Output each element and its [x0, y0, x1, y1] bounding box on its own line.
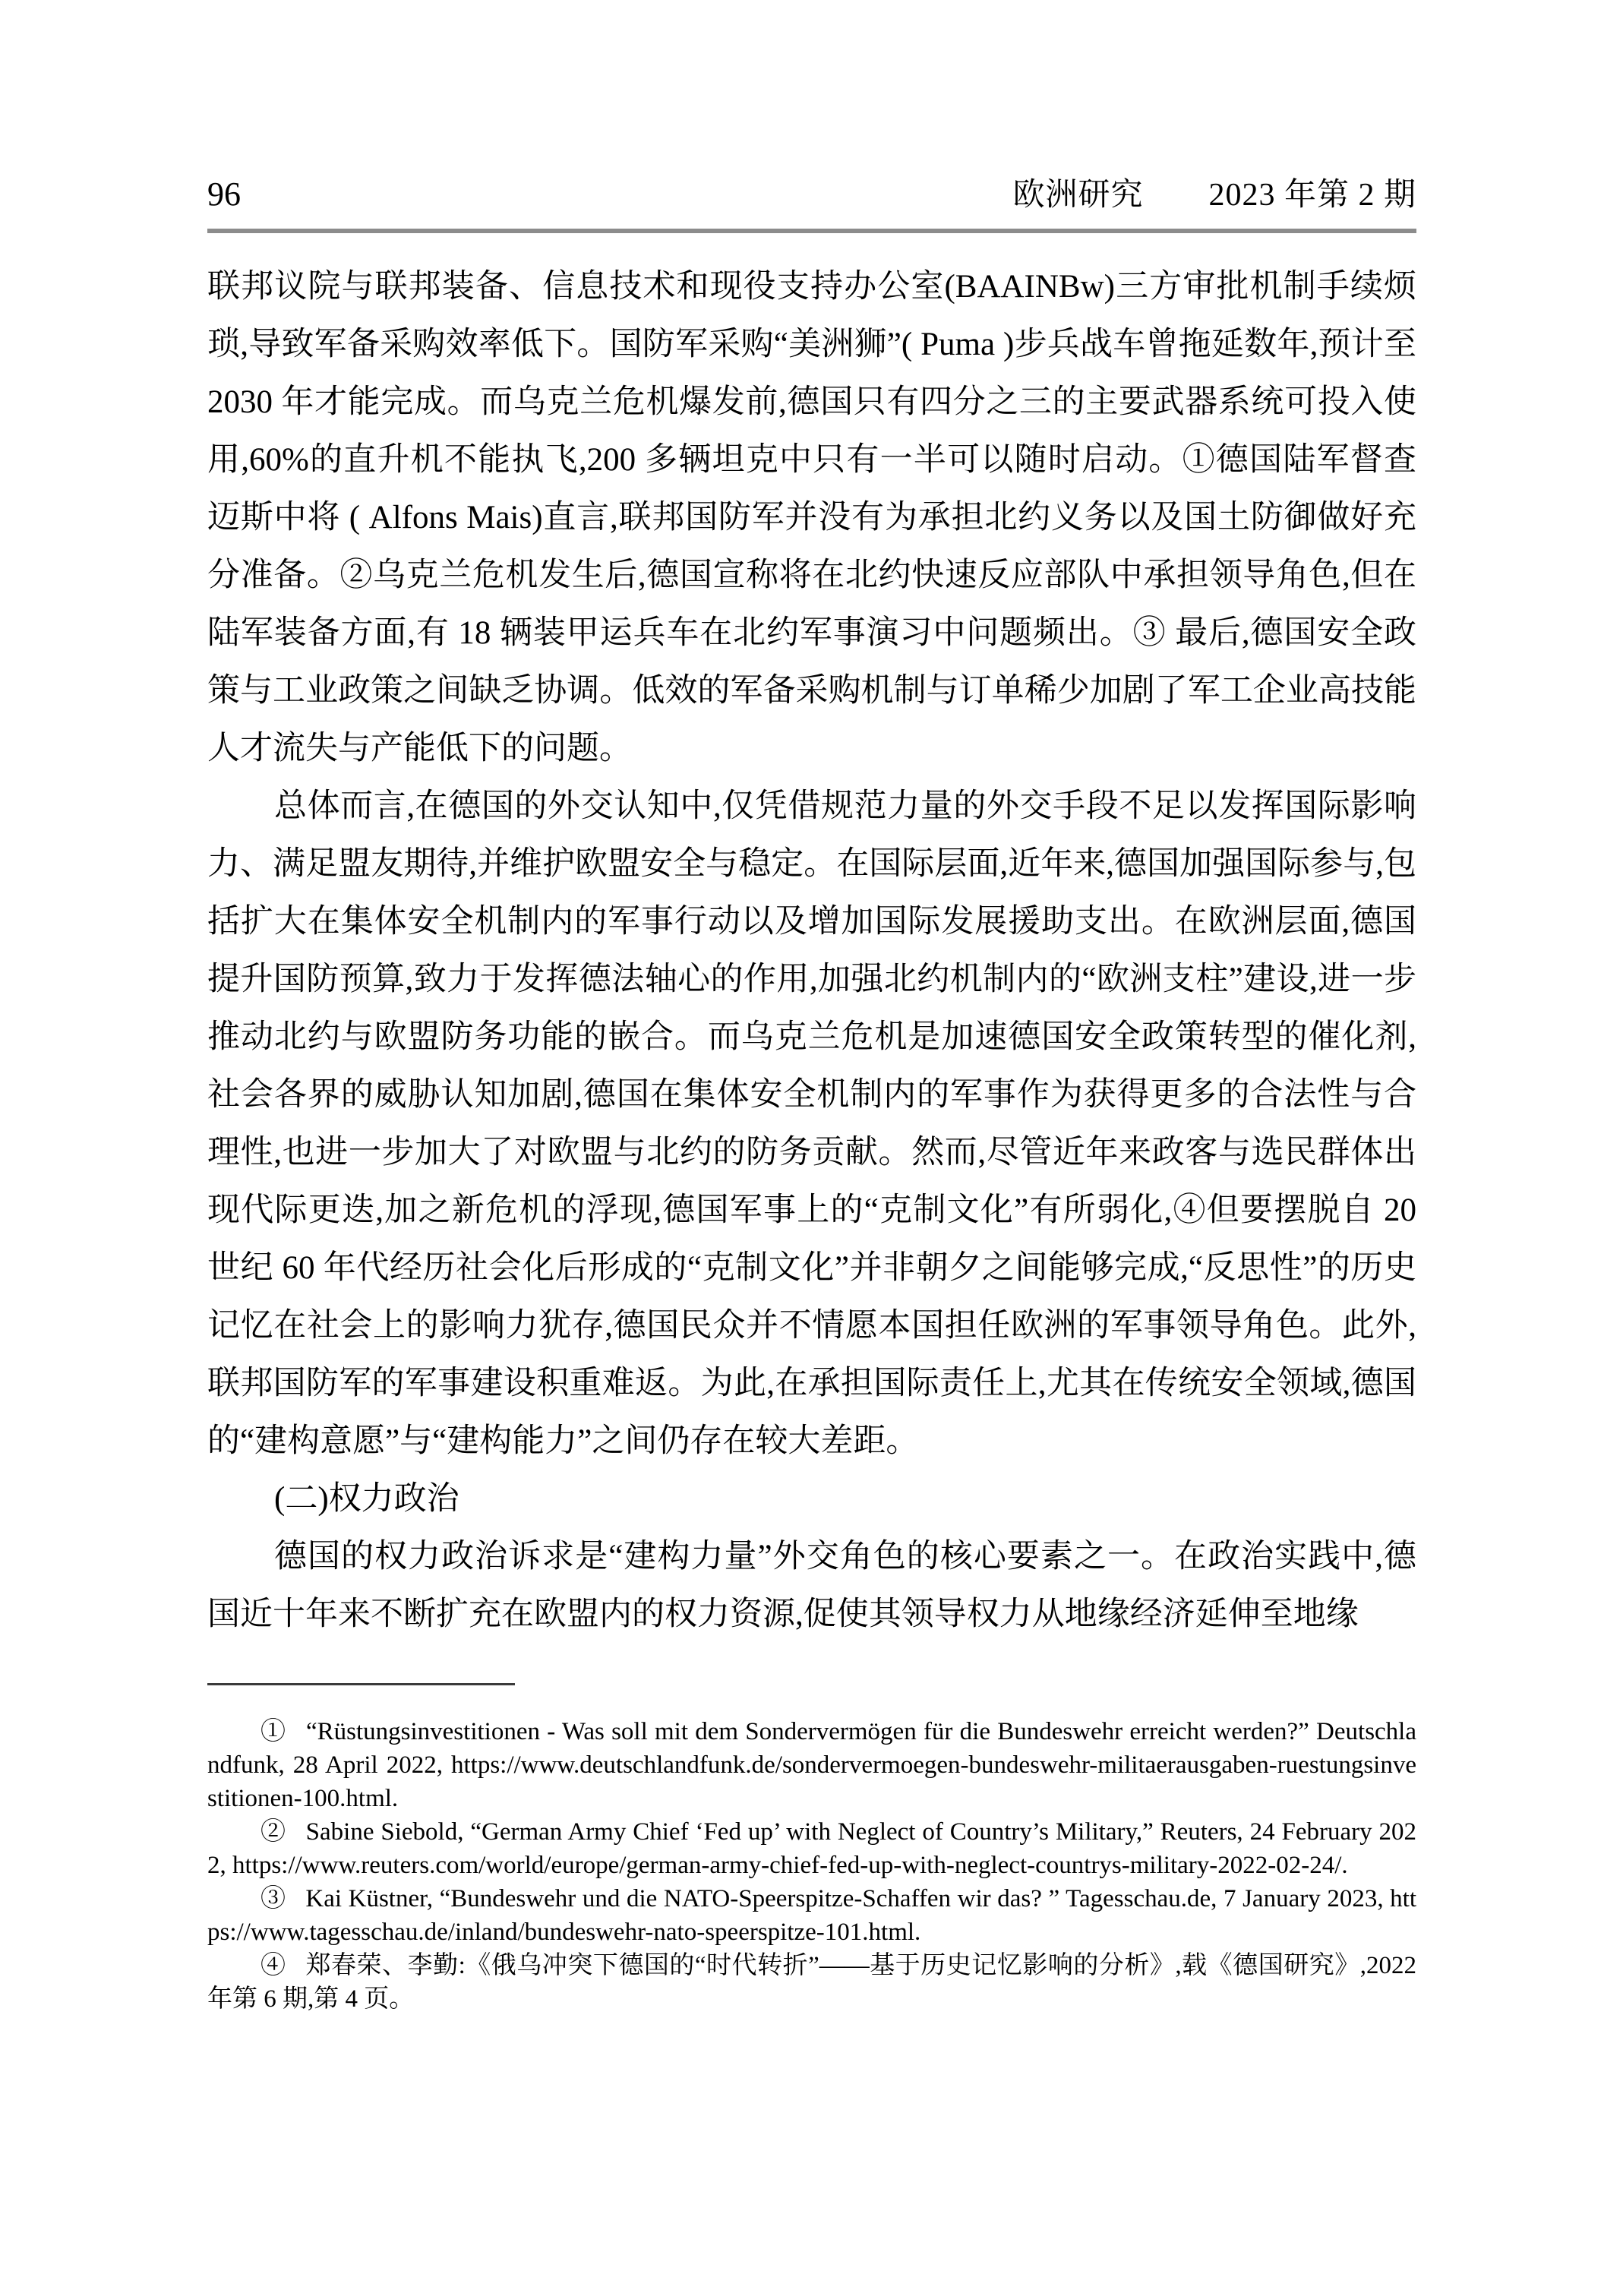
- section-heading: (二)权力政治: [207, 1470, 1416, 1528]
- footnote-marker: ②: [261, 1818, 286, 1846]
- footnote-marker: ①: [261, 1718, 286, 1745]
- body-paragraph: 德国的权力政治诉求是“建构力量”外交角色的核心要素之一。在政治实践中,德国近十年…: [207, 1528, 1416, 1644]
- body-paragraph: 总体而言,在德国的外交认知中,仅凭借规范力量的外交手段不足以发挥国际影响力、满足…: [207, 778, 1416, 1470]
- page-header: 96 欧洲研究 2023 年第 2 期: [207, 176, 1416, 213]
- footnote-item: ③Kai Küstner, “Bundeswehr und die NATO-S…: [207, 1882, 1416, 1949]
- footnote-text: Sabine Siebold, “German Army Chief ‘Fed …: [207, 1818, 1416, 1879]
- article-body: 联邦议院与联邦装备、信息技术和现役支持办公室(BAAINBw)三方审批机制手续烦…: [207, 258, 1416, 1644]
- document-page: 96 欧洲研究 2023 年第 2 期 联邦议院与联邦装备、信息技术和现役支持办…: [0, 0, 1623, 2296]
- footnote-item: ②Sabine Siebold, “German Army Chief ‘Fed…: [207, 1815, 1416, 1882]
- journal-issue-title: 欧洲研究 2023 年第 2 期: [1012, 177, 1416, 213]
- footnote-marker: ④: [261, 1952, 286, 1979]
- header-rule: [207, 229, 1416, 233]
- footnote-marker: ③: [261, 1885, 286, 1912]
- body-paragraph: 联邦议院与联邦装备、信息技术和现役支持办公室(BAAINBw)三方审批机制手续烦…: [207, 258, 1416, 778]
- footnote-text: “Rüstungsinvestitionen - Was soll mit de…: [207, 1718, 1416, 1812]
- footnote-separator-rule: [207, 1683, 515, 1685]
- footnotes-block: ①“Rüstungsinvestitionen - Was soll mit d…: [207, 1715, 1416, 2016]
- page-number: 96: [207, 176, 241, 213]
- footnote-text: 郑春荣、李勤:《俄乌冲突下德国的“时代转折”——基于历史记忆影响的分析》,载《德…: [207, 1952, 1416, 2013]
- footnote-item: ④郑春荣、李勤:《俄乌冲突下德国的“时代转折”——基于历史记忆影响的分析》,载《…: [207, 1949, 1416, 2016]
- footnote-item: ①“Rüstungsinvestitionen - Was soll mit d…: [207, 1715, 1416, 1815]
- footnote-text: Kai Küstner, “Bundeswehr und die NATO-Sp…: [207, 1885, 1416, 1946]
